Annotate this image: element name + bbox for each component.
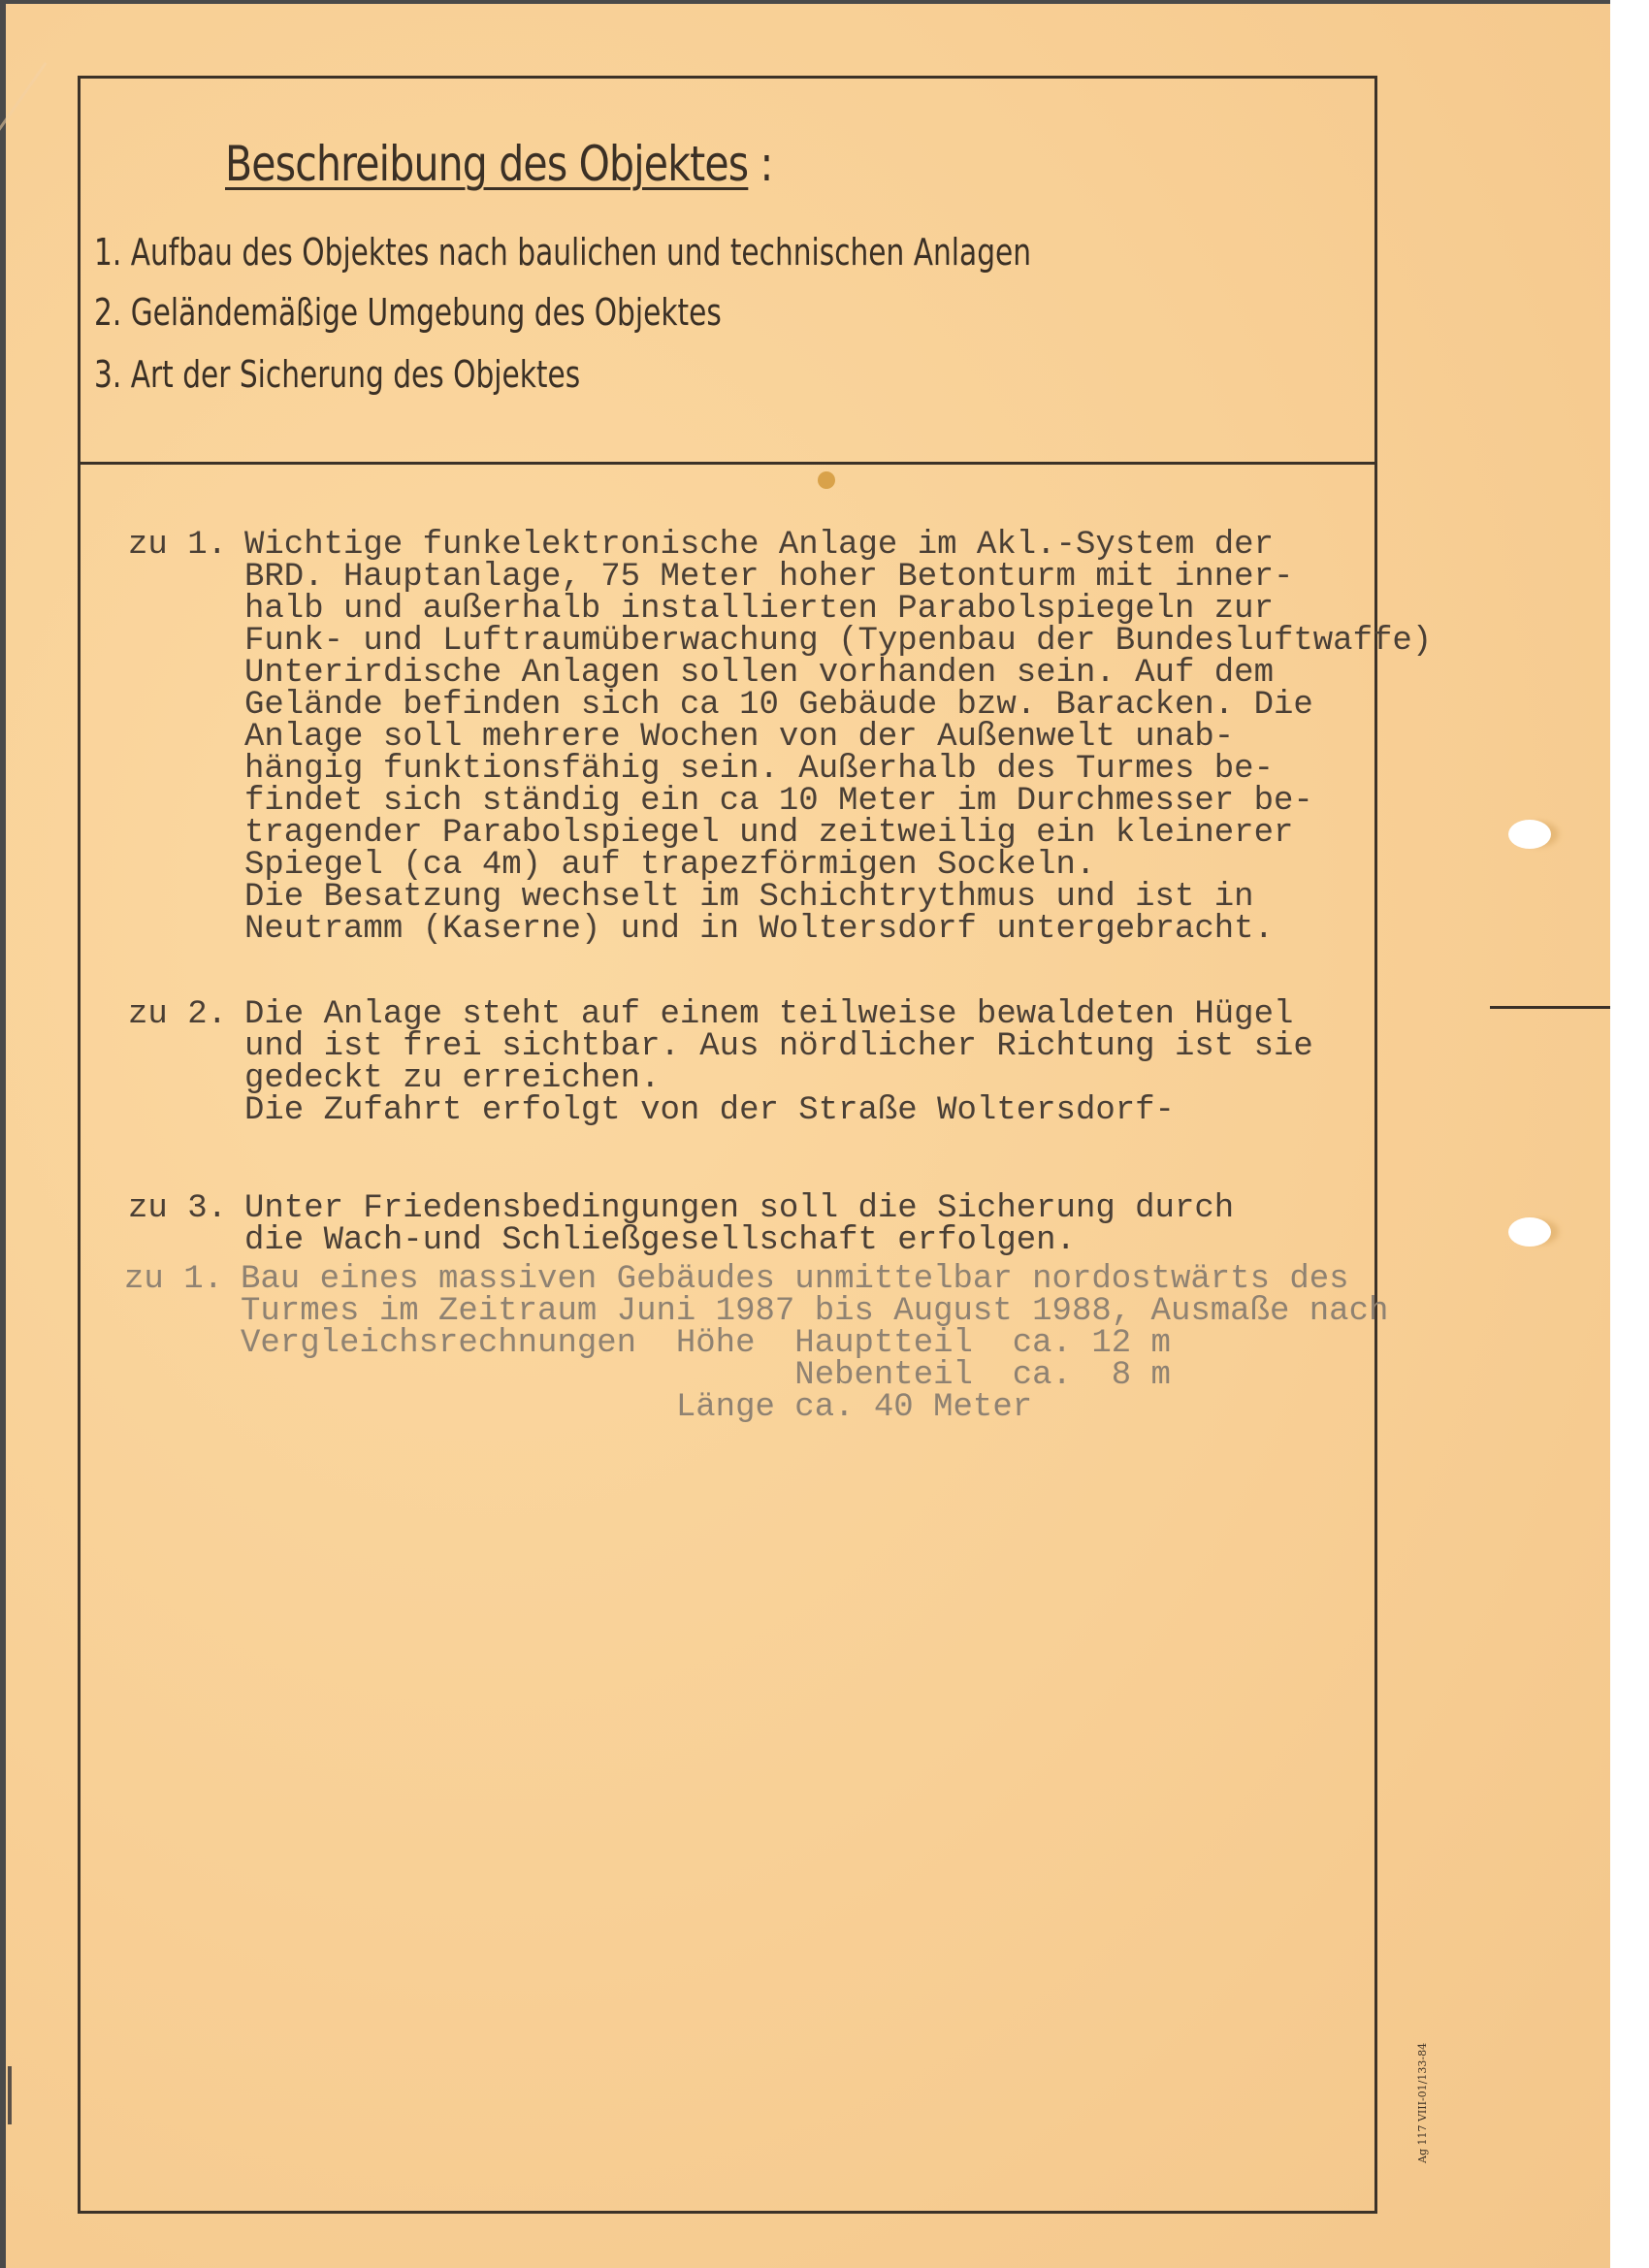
addendum-line: Länge ca. 40 Meter bbox=[241, 1392, 1032, 1424]
section-1-line: findet sich ständig ein ca 10 Meter im D… bbox=[244, 786, 1313, 818]
section-1-line: Gelände befinden sich ca 10 Gebäude bzw.… bbox=[244, 690, 1313, 722]
heading-item-2: 2. Geländemäßige Umgebung des Objektes bbox=[94, 291, 722, 334]
title-text: Beschreibung des Objektes bbox=[225, 136, 748, 192]
form-frame bbox=[78, 76, 1377, 2214]
addendum-label: zu 1. bbox=[124, 1264, 223, 1296]
punch-hole-top bbox=[1508, 820, 1551, 849]
addendum-line: Nebenteil ca. 8 m bbox=[241, 1360, 1171, 1392]
section-1-line: Neutramm (Kaserne) und in Woltersdorf un… bbox=[244, 914, 1274, 946]
title-colon: : bbox=[748, 136, 772, 192]
section-1-line: BRD. Hauptanlage, 75 Meter hoher Betontu… bbox=[244, 562, 1293, 594]
section-1-line: Die Besatzung wechselt im Schichtrythmus… bbox=[244, 882, 1254, 914]
section-1-line: Unterirdische Anlagen sollen vorhanden s… bbox=[244, 658, 1274, 690]
section-1-line: Anlage soll mehrere Wochen von der Außen… bbox=[244, 722, 1234, 754]
addendum-line: Turmes im Zeitraum Juni 1987 bis August … bbox=[241, 1296, 1388, 1328]
section-1-line: Spiegel (ca 4m) auf trapezförmigen Socke… bbox=[244, 850, 1095, 882]
header-divider bbox=[78, 462, 1377, 465]
section-1-line: Funk- und Luftraumüberwachung (Typenbau … bbox=[244, 626, 1432, 658]
section-2-line: und ist frei sichtbar. Aus nördlicher Ri… bbox=[244, 1031, 1313, 1063]
addendum-line: Vergleichsrechnungen Höhe Hauptteil ca. … bbox=[241, 1328, 1171, 1360]
heading-item-1: 1. Aufbau des Objektes nach baulichen un… bbox=[94, 231, 1031, 274]
section-3-line: die Wach-und Schließgesellschaft erfolge… bbox=[244, 1225, 1076, 1257]
section-2-line: Die Anlage steht auf einem teilweise bew… bbox=[244, 999, 1293, 1031]
heading-item-3: 3. Art der Sicherung des Objektes bbox=[94, 353, 580, 396]
section-2-label: zu 2. bbox=[128, 999, 227, 1031]
section-1-label: zu 1. bbox=[128, 530, 227, 562]
punch-hole-bottom bbox=[1508, 1217, 1551, 1247]
section-1-line: hängig funktionsfähig sein. Außerhalb de… bbox=[244, 754, 1274, 786]
paper-crease bbox=[0, 62, 47, 430]
section-1-line: tragender Parabolspiegel und zeitweilig … bbox=[244, 818, 1293, 850]
section-3-line: Unter Friedensbedingungen soll die Siche… bbox=[244, 1193, 1234, 1225]
fold-mark bbox=[1490, 1006, 1610, 1009]
scan-edge-mark bbox=[8, 2066, 12, 2124]
section-3-label: zu 3. bbox=[128, 1193, 227, 1225]
section-1-line: Wichtige funkelektronische Anlage im Akl… bbox=[244, 530, 1274, 562]
page-title: Beschreibung des Objektes : bbox=[225, 136, 773, 192]
section-2-line: gedeckt zu erreichen. bbox=[244, 1063, 660, 1095]
section-2-line: Die Zufahrt erfolgt von der Straße Wolte… bbox=[244, 1095, 1175, 1127]
form-print-code: Ag 117 VIII-01/133-84 bbox=[1416, 2043, 1429, 2163]
section-1-line: halb und außerhalb installierten Parabol… bbox=[244, 594, 1274, 626]
addendum-line: Bau eines massiven Gebäudes unmittelbar … bbox=[241, 1264, 1349, 1296]
stain-spot bbox=[818, 471, 835, 489]
